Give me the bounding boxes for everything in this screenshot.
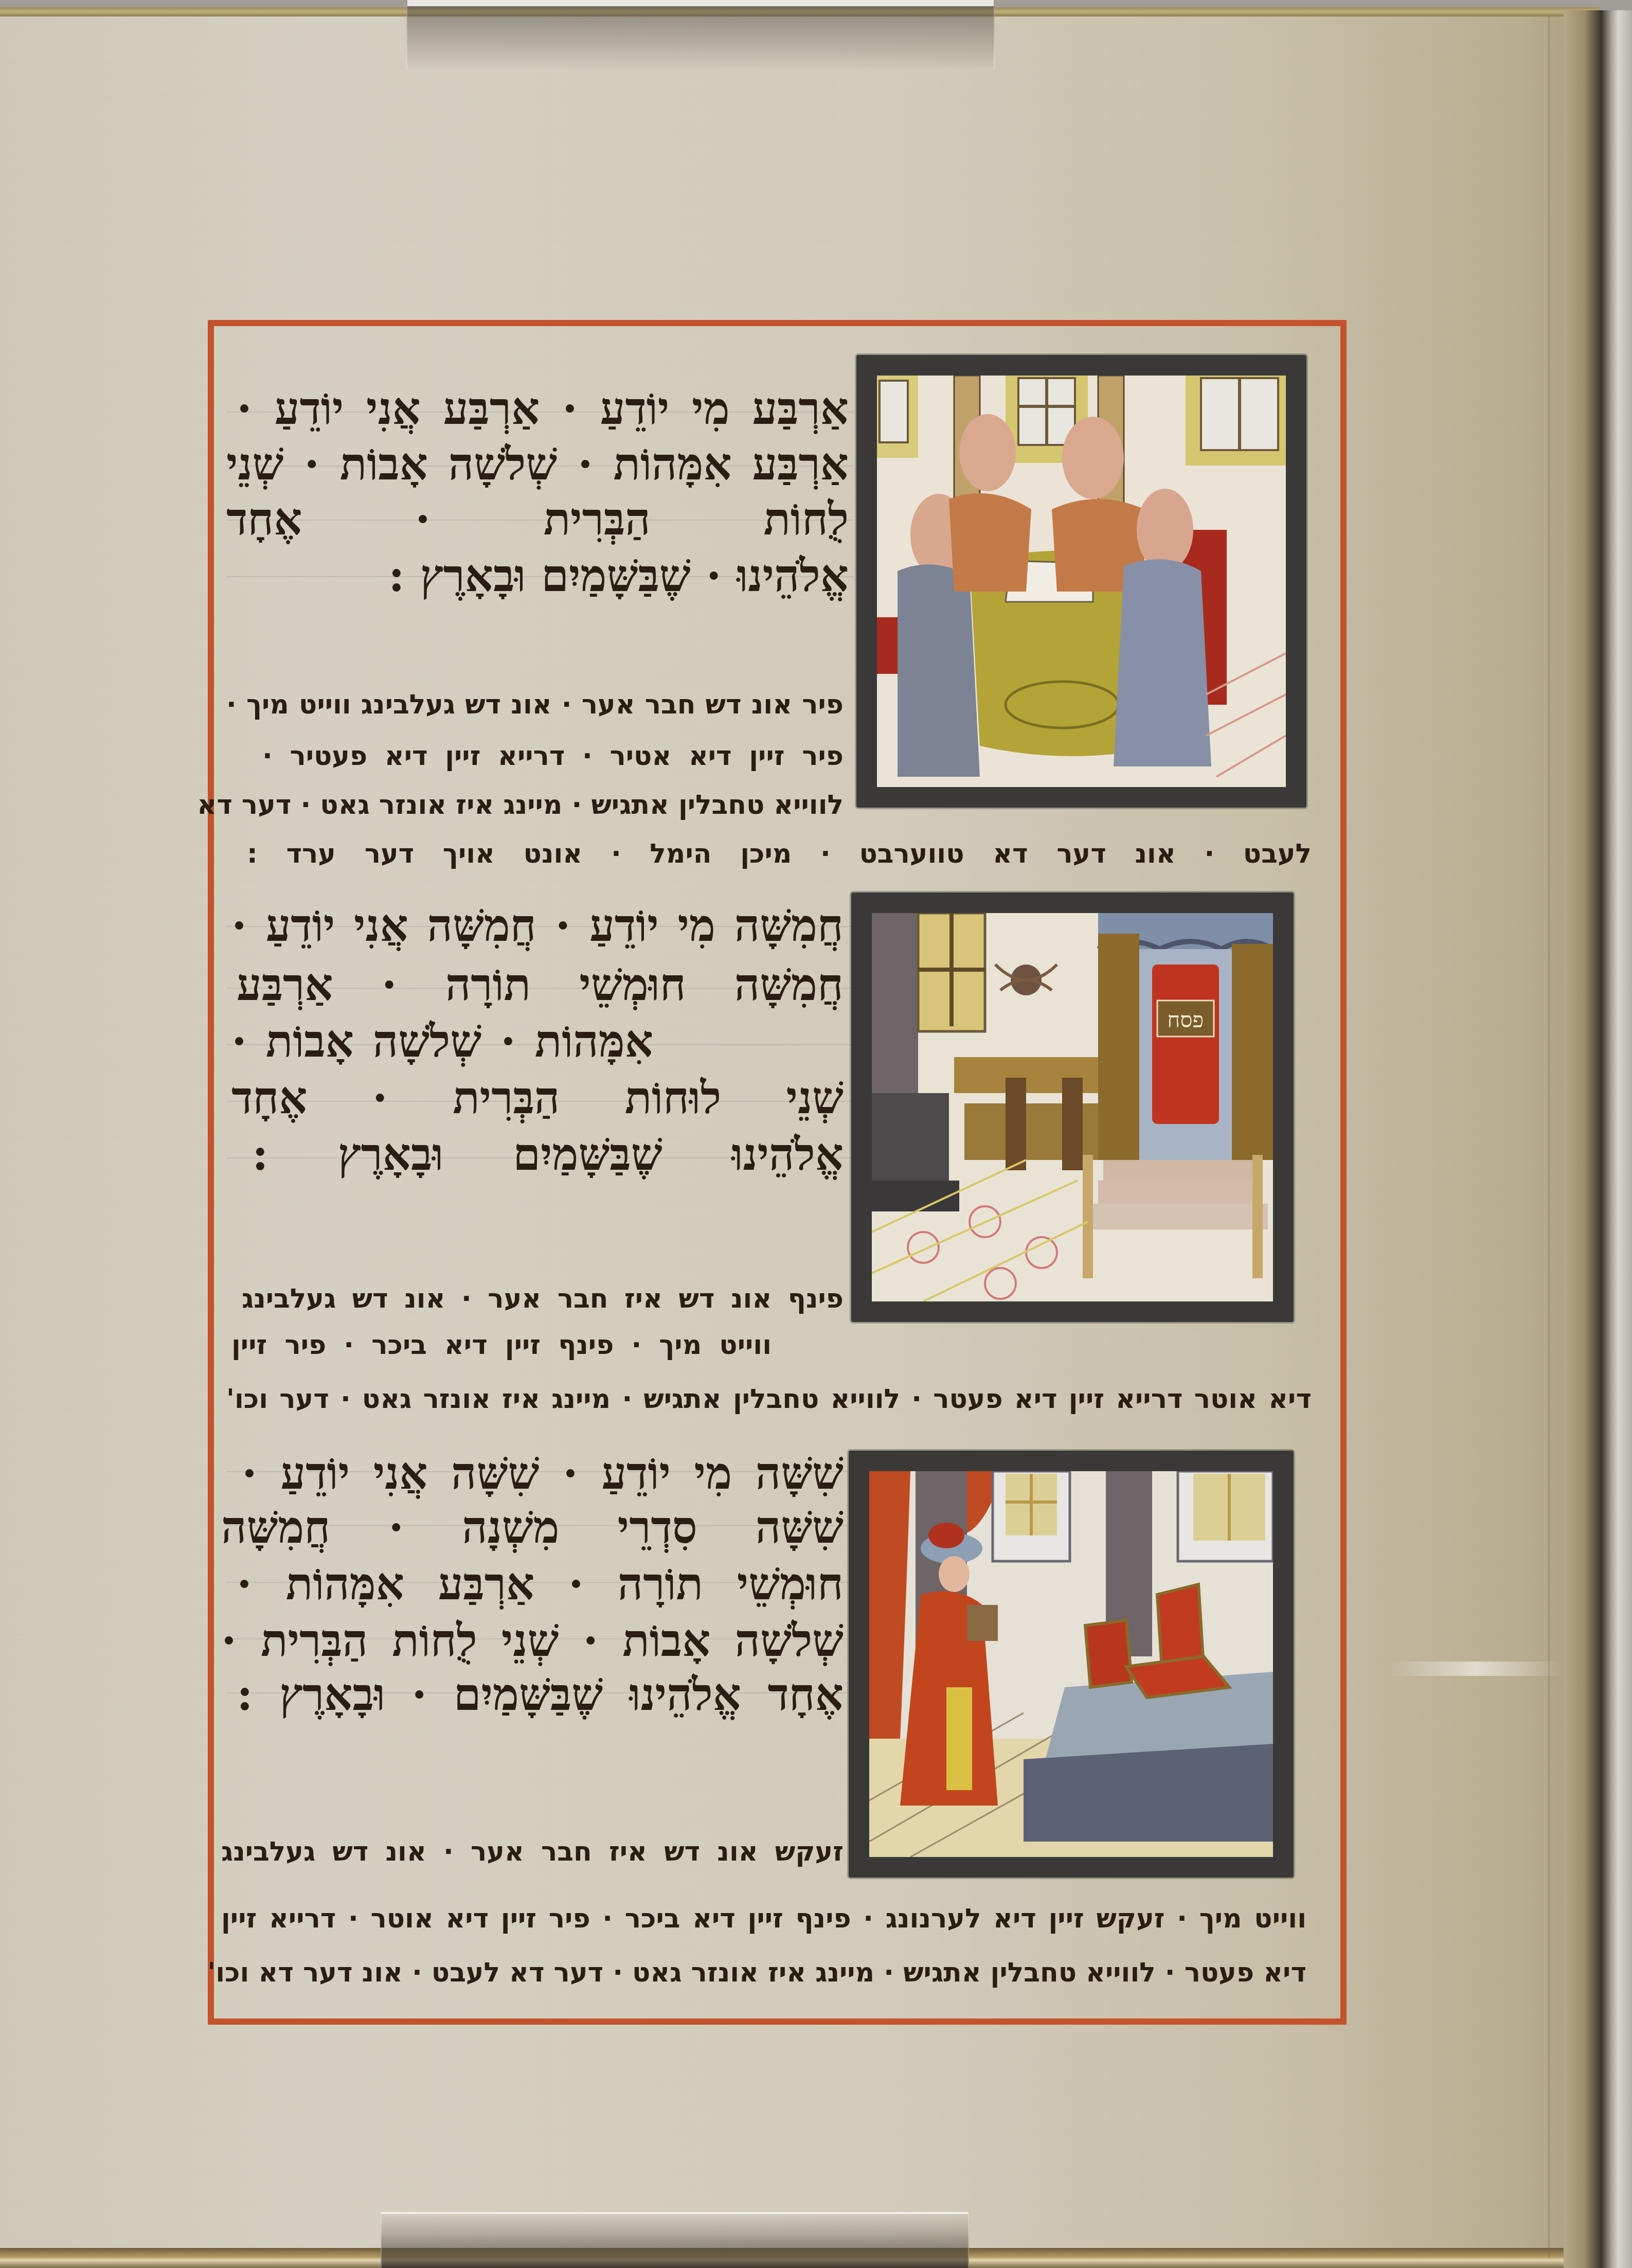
illustration-four-mothers xyxy=(856,355,1306,808)
hebrew-line: שְׁנֵי לוּחוֹת הַבְּרִית · אֶחָד xyxy=(231,1070,844,1127)
hebrew-line: שִׁשָּׁה סִדְרֵי מִשְׁנָה · חֲמִשָּׁה xyxy=(221,1499,844,1556)
yiddish-line: דיא אוטר דרייא זיין דיא פעטר · לווייא טח… xyxy=(226,1381,1312,1417)
page-fold-line xyxy=(1548,15,1550,2258)
scholar-books-scene xyxy=(869,1471,1273,1857)
hebrew-line: לֻחוֹת הַבְּרִית · אֶחָד xyxy=(226,491,849,548)
illustration-torah-ark: פסח xyxy=(851,892,1294,1322)
hebrew-line: חֲמִשָּׁה חוּמְשֵׁי תוֹרָה · אַרְבַּע xyxy=(237,957,844,1013)
mounting-tape-bottom xyxy=(381,2212,969,2268)
hebrew-line: אַרְבַּע מִי יוֹדֵעַ · אַרְבַּע אֲנִי יו… xyxy=(237,381,849,437)
torah-ark-scene: פסח xyxy=(872,913,1273,1301)
four-mothers-scene xyxy=(877,376,1286,787)
yiddish-line: זעקש אונ דש איז חבר אער · אונ דש געלבינג xyxy=(221,1834,844,1870)
yiddish-line: ווייט מיך · פינף זיין דיא ביכר · פיר זיי… xyxy=(231,1327,772,1363)
light-glare xyxy=(1389,1662,1564,1676)
hebrew-line: חֲמִשָּׁה מִי יוֹדֵעַ · חֲמִשָּׁה אֲנִי … xyxy=(231,898,844,954)
yiddish-line: ווייט מיך · זעקש זיין דיא לערנונג · פינף… xyxy=(221,1901,1306,1937)
yiddish-line: פינף אונ דש איז חבר אער · אונ דש געלבינג xyxy=(242,1281,844,1317)
hebrew-line: חוּמְשֵׁי תוֹרָה · אַרְבַּע אִמָּהוֹת · xyxy=(237,1556,844,1613)
yiddish-line: לעבט · אונ דער דא טווערבט · מיכן הימל · … xyxy=(247,836,1312,872)
yiddish-line: לווייא טחבלין אתגיש · מיינג איז אונזר גא… xyxy=(226,787,844,823)
hebrew-line: אֱלֹהֵינוּ שֶׁבַּשָּׁמַיִם וּבָאָרֶץ : xyxy=(252,1127,844,1183)
yiddish-line: דיא פעטר · לווייא טחבלין אתגיש · מיינג א… xyxy=(216,1955,1306,1991)
illustration-scholar-books xyxy=(849,1451,1294,1878)
hebrew-line: אִמָּהוֹת · שְׁלֹשָׁה אָבוֹת · xyxy=(231,1013,653,1070)
yiddish-line: פיר אונ דש חבר אער · אונ דש געלבינג וויי… xyxy=(226,687,844,723)
hebrew-line: אֱלֹהֵינוּ · שֶׁבַּשָּׁמַיִם וּבָאָרֶץ : xyxy=(247,548,849,604)
hebrew-line: אֶחָד אֱלֹהֵינוּ שֶׁבַּשָּׁמַיִם · וּבָא… xyxy=(237,1667,844,1723)
binding-leaf-edges xyxy=(1564,10,1632,2268)
hebrew-line: שְׁלֹשָׁה אָבוֹת · שְׁנֵי לֻחוֹת הַבְּרִ… xyxy=(221,1613,844,1669)
hebrew-line: שִׁשָּׁה מִי יוֹדֵעַ · שִׁשָּׁה אֲנִי יו… xyxy=(242,1445,844,1502)
yiddish-line: פיר זיין דיא אטיר · דרייא זיין דיא פעטיר… xyxy=(262,738,844,774)
mounting-tape-top xyxy=(406,0,995,69)
hebrew-line: אַרְבַּע אִמָּהוֹת · שְׁלֹשָׁה אָבוֹת · … xyxy=(226,436,849,493)
svg-text:פסח: פסח xyxy=(1168,1007,1204,1032)
